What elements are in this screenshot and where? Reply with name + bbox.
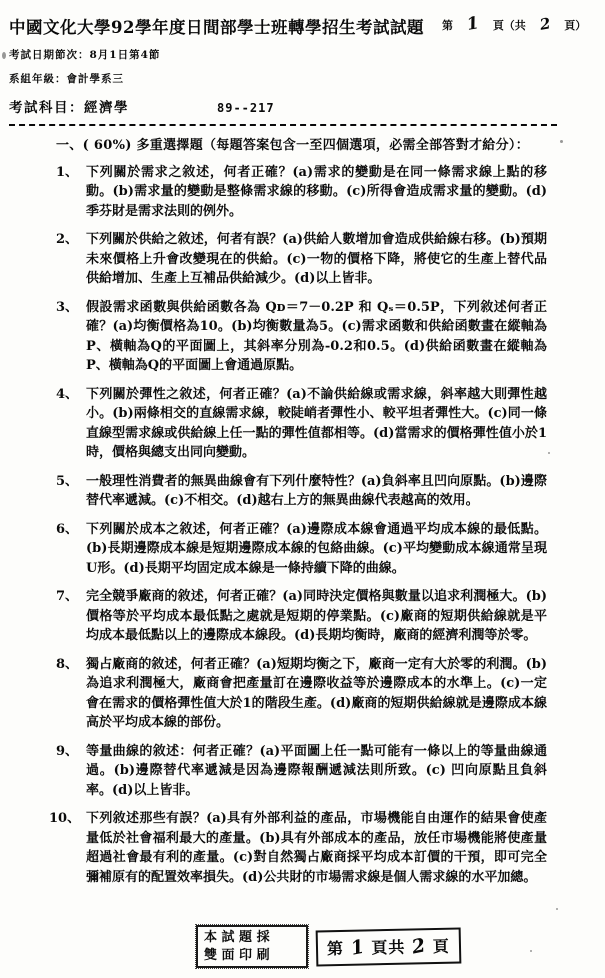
question-text: 下列關於供給之敘述，何者有誤？(a)供給人數增加會造成供給線右移。(b)預期未來… [86,230,547,289]
question-1: 1、 下列關於需求之敘述，何者正確？(a)需求的變動是在同一條需求線上點的移動。… [56,163,547,222]
scan-speck [2,52,6,59]
header-page-indicator: 第 1 頁（共 2 頁） [442,16,586,33]
page-title: 中國文化大學92學年度日間部學士班轉學招生考試試題 [9,14,424,38]
question-number: 7、 [56,587,86,646]
question-number: 8、 [56,655,86,733]
question-number: 9、 [56,742,86,801]
question-number: 4、 [56,385,86,463]
print-stamp-text: 雙 面 印 刷 [204,947,270,965]
subject-row: 考試科目：經濟學 89--217 [9,96,593,116]
question-7: 7、 完全競爭廠商的敘述，何者正確？(a)同時決定價格與數量以追求利潤極大。(b… [56,587,547,646]
question-number: 1、 [56,163,86,222]
question-text: 等量曲線的敘述：何者正確？(a)平面圖上任一點可能有一條以上的等量曲線通過。(b… [86,742,547,801]
question-text: 下列關於需求之敘述，何者正確？(a)需求的變動是在同一條需求線上點的移動。(b)… [86,163,547,222]
question-8: 8、 獨占廠商的敘述，何者正確？(a)短期均衡之下，廠商一定有大於零的利潤。(b… [56,655,547,733]
question-text: 獨占廠商的敘述，何者正確？(a)短期均衡之下，廠商一定有大於零的利潤。(b)為追… [86,655,547,733]
question-number: 3、 [56,298,86,376]
footer-page-suffix: 頁 [433,937,450,956]
scan-speck [556,908,558,910]
footer-page-stamp: 第 1 頁共 2 頁 [316,927,462,966]
exam-body: 一、( 60%) 多重選擇題（每題答案包含一至四個選項，必需全部答對才給分）： … [0,126,605,887]
print-stamp-text: 本 試 題 採 [204,929,270,947]
footer-page-prefix: 第 [327,939,344,958]
question-6: 6、 下列關於成本之敘述，何者正確？(a)邊際成本線會通過平均成本線的最低點。(… [56,520,547,579]
question-text: 一般理性消費者的無異曲線會有下列什麼特性？(a)負斜率且凹向原點。(b)邊際替代… [86,472,547,511]
scan-speck [530,950,532,952]
page-label-middle: 頁（共 [493,17,526,33]
section-heading: 一、( 60%) 多重選擇題（每題答案包含一至四個選項，必需全部答對才給分）： [56,136,547,156]
handwritten-total-pages: 2 [539,16,552,33]
question-4: 4、 下列關於彈性之敘述，何者正確？(a)不論供給線或需求線，斜率越大則彈性越小… [56,385,547,463]
scan-speck [548,452,550,454]
department-line: 系組年級：會計學系三 [9,71,593,86]
exam-header: 中國文化大學92學年度日間部學士班轉學招生考試試題 第 1 頁（共 2 頁） 考… [0,0,605,126]
question-number: 6、 [56,520,86,579]
question-text: 下列敘述那些有誤？(a)具有外部利益的產品，市場機能自由運作的結果會使產量低於社… [86,809,547,887]
double-sided-print-stamp: 本 試 題 採 雙 面 印 刷 [196,925,308,968]
handwritten-page-number: 1 [466,15,481,34]
handwritten-footer-page: 1 [349,937,367,958]
subject-label: 考試科目：經濟學 [9,96,129,116]
question-number: 2、 [56,230,86,289]
exam-date-line: 考試日期節次：8月1日第4節 [9,47,593,62]
question-text: 下列關於成本之敘述，何者正確？(a)邊際成本線會通過平均成本線的最低點。(b)長… [86,520,547,579]
print-stamp-row-2: 雙 面 印 刷 [204,947,300,965]
question-text: 假設需求函數與供給函數各為 Qᴅ＝7－0.2P 和 Qₛ＝0.5P，下列敘述何者… [86,298,547,376]
question-10: 10、 下列敘述那些有誤？(a)具有外部利益的產品，市場機能自由運作的結果會使產… [56,809,547,887]
question-2: 2、 下列關於供給之敘述，何者有誤？(a)供給人數增加會造成供給線右移。(b)預… [56,230,547,289]
footer-page-mid: 頁共 [371,938,405,958]
handwritten-footer-total: 2 [410,936,428,957]
scan-speck [560,140,563,143]
title-row: 中國文化大學92學年度日間部學士班轉學招生考試試題 第 1 頁（共 2 頁） [9,14,593,38]
scanned-exam-page: 中國文化大學92學年度日間部學士班轉學招生考試試題 第 1 頁（共 2 頁） 考… [0,0,605,978]
question-text: 下列關於彈性之敘述，何者正確？(a)不論供給線或需求線，斜率越大則彈性越小。(b… [86,385,547,463]
subject-code: 89--217 [217,101,275,115]
print-stamp-row-1: 本 試 題 採 [204,929,300,947]
question-9: 9、 等量曲線的敘述：何者正確？(a)平面圖上任一點可能有一條以上的等量曲線通過… [56,742,547,801]
question-number: 5、 [56,472,86,511]
page-label-suffix: 頁） [564,17,586,33]
page-label-prefix: 第 [442,17,453,33]
question-text: 完全競爭廠商的敘述，何者正確？(a)同時決定價格與數量以追求利潤極大。(b)價格… [86,587,547,646]
question-5: 5、 一般理性消費者的無異曲線會有下列什麼特性？(a)負斜率且凹向原點。(b)邊… [56,472,547,511]
question-number: 10、 [49,809,86,887]
question-3: 3、 假設需求函數與供給函數各為 Qᴅ＝7－0.2P 和 Qₛ＝0.5P，下列敘… [56,298,547,376]
